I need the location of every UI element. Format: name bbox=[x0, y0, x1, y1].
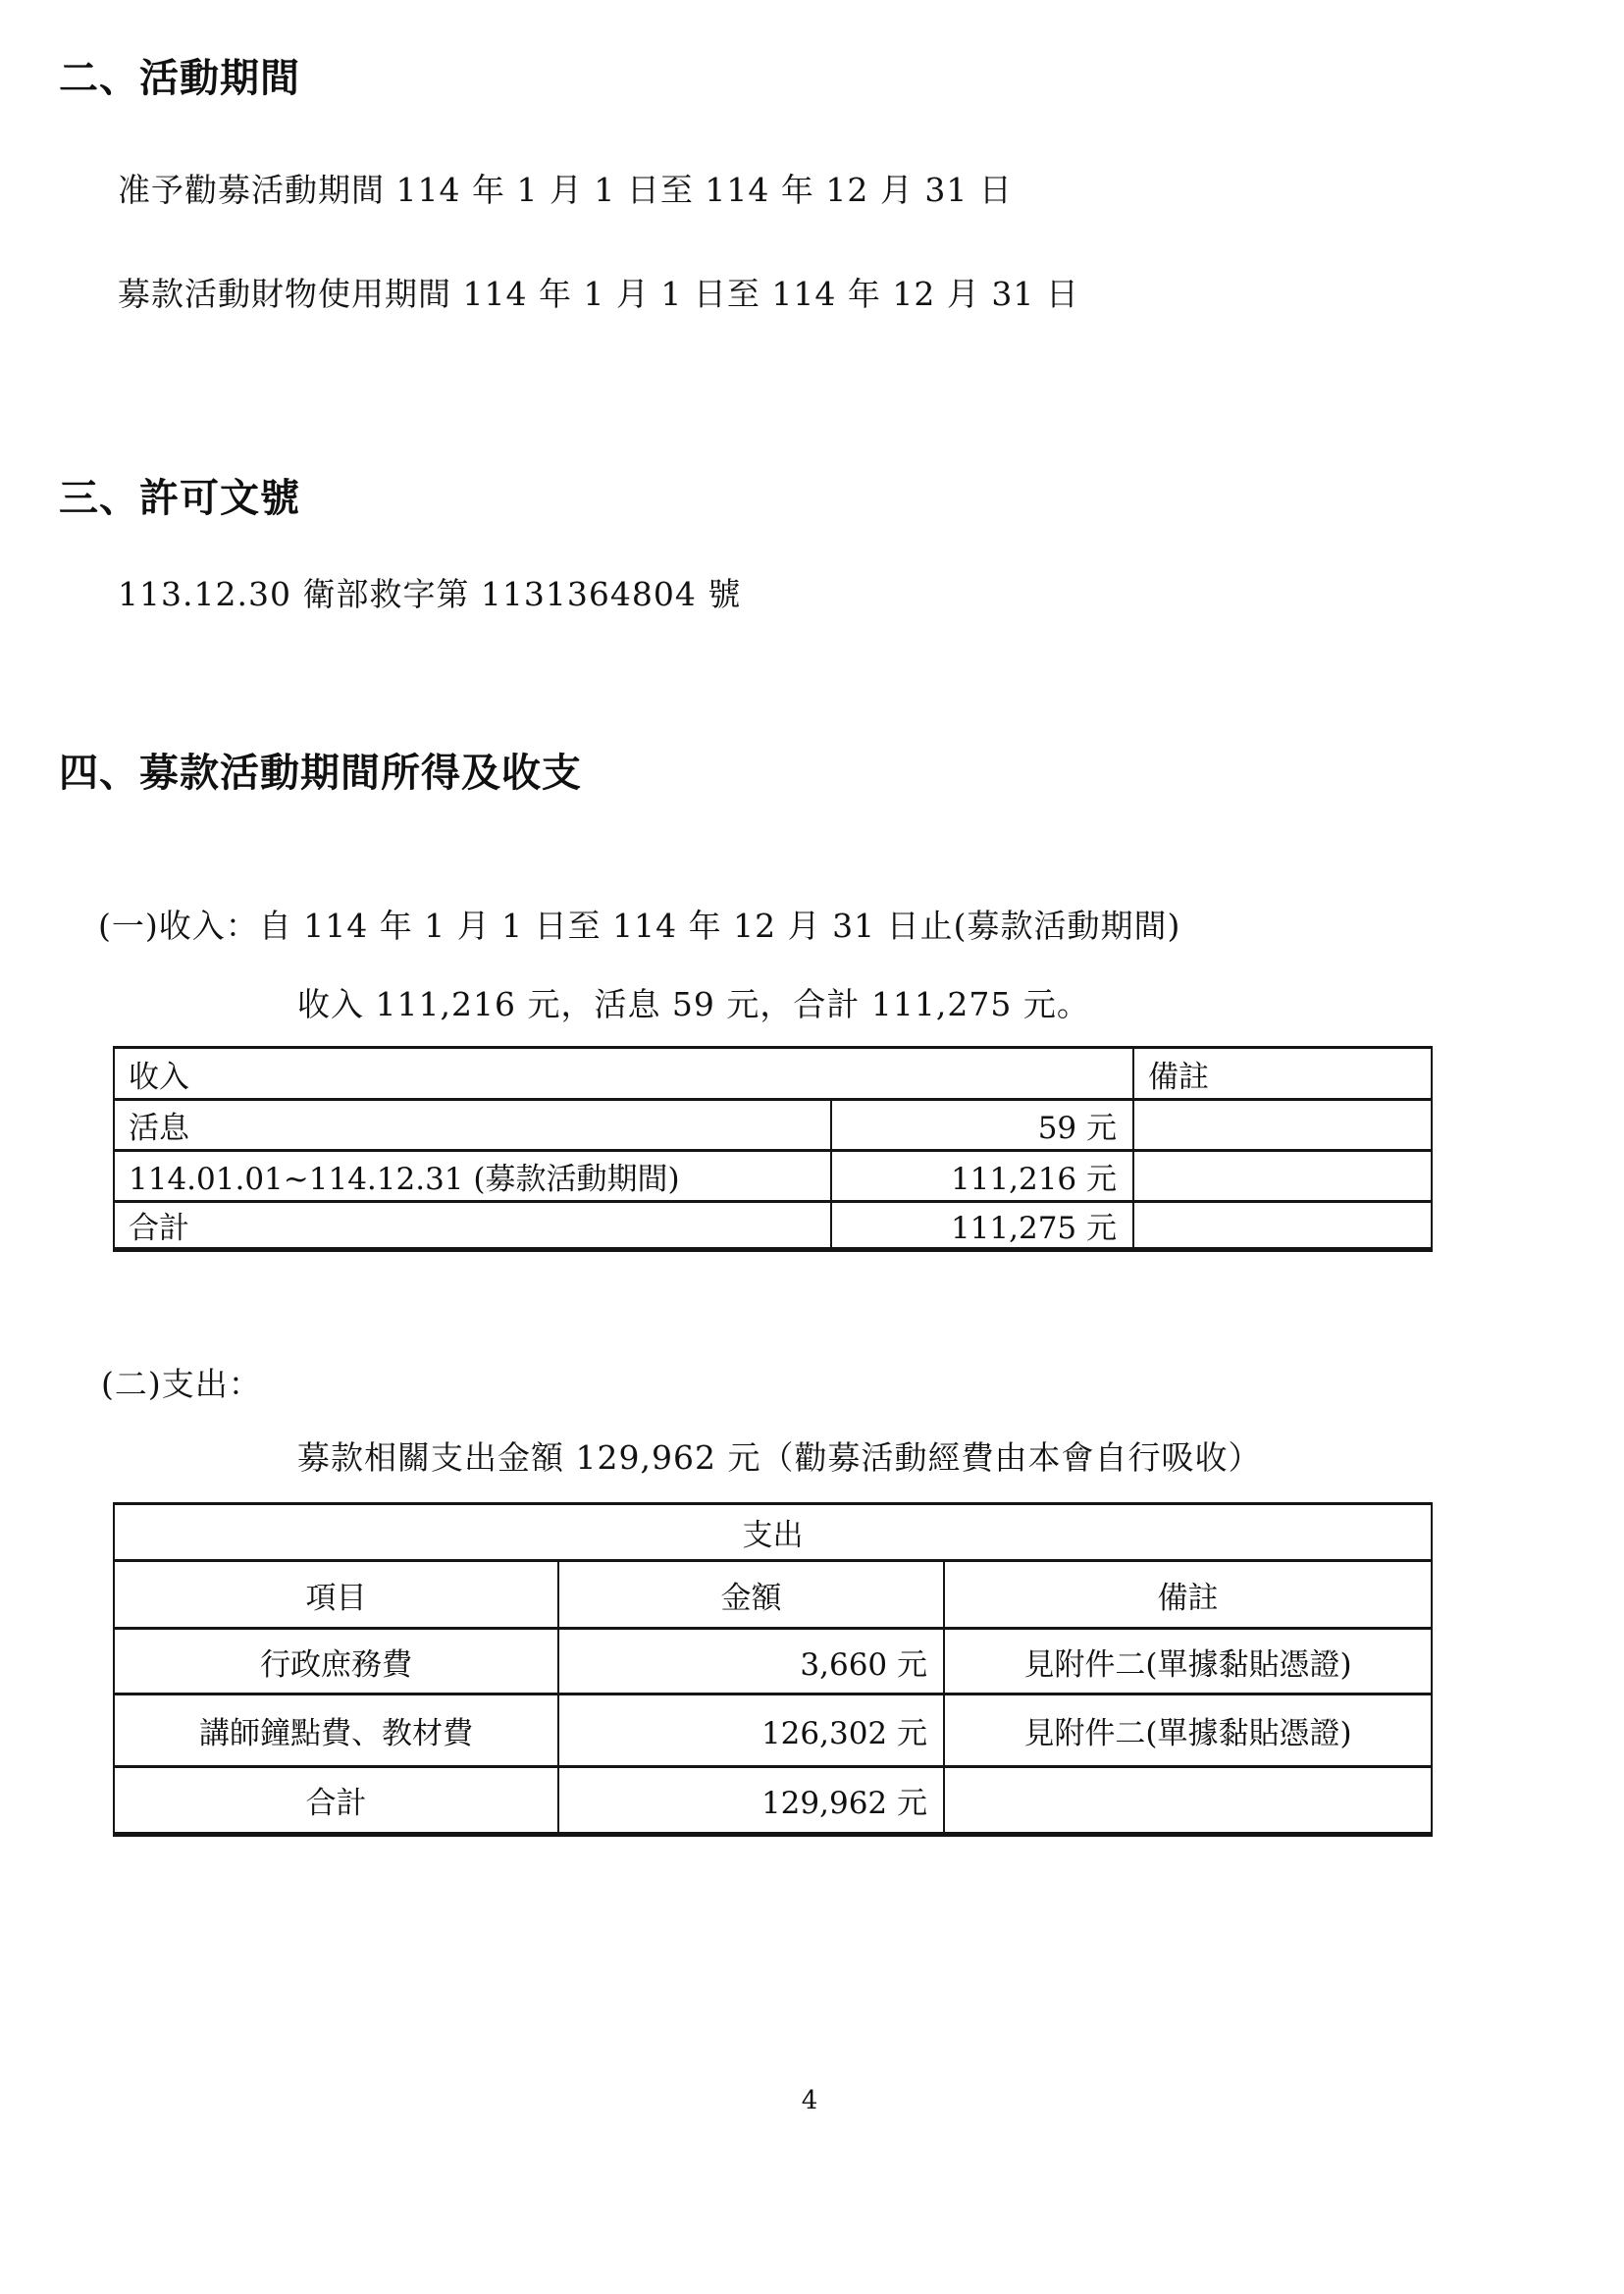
income-row-total-remark bbox=[1133, 1202, 1432, 1250]
table-row: 活息 59 元 bbox=[114, 1100, 1432, 1151]
expense-row-lecturer-amount: 126,302 元 bbox=[558, 1694, 944, 1767]
income-row-period-amount: 111,216 元 bbox=[831, 1151, 1133, 1202]
expense-table: 支出 項目 金額 備註 行政庶務費 3,660 元 見附件二(單據黏貼憑證) 講… bbox=[113, 1502, 1433, 1837]
expense-row-total-remark bbox=[944, 1767, 1432, 1835]
section-2-line-usage-period: 募款活動財物使用期間 114 年 1 月 1 日至 114 年 12 月 31 … bbox=[118, 269, 1079, 315]
income-row-period-remark bbox=[1133, 1151, 1432, 1202]
income-table: 收入 備註 活息 59 元 114.01.01~114.12.31 (募款活動期… bbox=[113, 1046, 1433, 1252]
expense-header-remark: 備註 bbox=[944, 1561, 1432, 1629]
section-3-title: 三、許可文號 bbox=[59, 467, 300, 523]
expense-row-admin-item: 行政庶務費 bbox=[114, 1629, 558, 1694]
expense-detail-line: 募款相關支出金額 129,962 元（勸募活動經費由本會自行吸收） bbox=[297, 1433, 1261, 1479]
document-page: 二、活動期間 准予勸募活動期間 114 年 1 月 1 日至 114 年 12 … bbox=[0, 0, 1624, 2294]
section-2-line-permitted-period: 准予勸募活動期間 114 年 1 月 1 日至 114 年 12 月 31 日 bbox=[118, 165, 1013, 211]
expense-row-lecturer-item: 講師鐘點費、教材費 bbox=[114, 1694, 558, 1767]
section-2-title: 二、活動期間 bbox=[59, 47, 300, 103]
table-row: 合計 129,962 元 bbox=[114, 1767, 1432, 1835]
expense-table-title: 支出 bbox=[114, 1504, 1432, 1561]
expense-table-header-row: 項目 金額 備註 bbox=[114, 1561, 1432, 1629]
income-row-period-label: 114.01.01~114.12.31 (募款活動期間) bbox=[114, 1151, 831, 1202]
expense-header-amount: 金額 bbox=[558, 1561, 944, 1629]
page-number: 4 bbox=[780, 2086, 839, 2115]
expense-row-lecturer-remark: 見附件二(單據黏貼憑證) bbox=[944, 1694, 1432, 1767]
income-row-total-label: 合計 bbox=[114, 1202, 831, 1250]
income-table-header-remark: 備註 bbox=[1133, 1048, 1432, 1100]
expense-row-total-amount: 129,962 元 bbox=[558, 1767, 944, 1835]
income-table-header-label: 收入 bbox=[114, 1048, 1133, 1100]
expense-table-title-row: 支出 bbox=[114, 1504, 1432, 1561]
income-table-header-row: 收入 備註 bbox=[114, 1048, 1432, 1100]
expense-row-total-item: 合計 bbox=[114, 1767, 558, 1835]
expense-row-admin-remark: 見附件二(單據黏貼憑證) bbox=[944, 1629, 1432, 1694]
table-row: 合計 111,275 元 bbox=[114, 1202, 1432, 1250]
income-row-interest-amount: 59 元 bbox=[831, 1100, 1133, 1151]
expense-header-item: 項目 bbox=[114, 1561, 558, 1629]
income-intro-line: (一)收入：自 114 年 1 月 1 日至 114 年 12 月 31 日止(… bbox=[98, 901, 1180, 947]
table-row: 講師鐘點費、教材費 126,302 元 見附件二(單據黏貼憑證) bbox=[114, 1694, 1432, 1767]
section-4-title: 四、募款活動期間所得及收支 bbox=[59, 742, 582, 798]
table-row: 行政庶務費 3,660 元 見附件二(單據黏貼憑證) bbox=[114, 1629, 1432, 1694]
section-3-line-permit-number: 113.12.30 衛部救字第 1131364804 號 bbox=[118, 569, 741, 615]
income-row-interest-label: 活息 bbox=[114, 1100, 831, 1151]
income-row-interest-remark bbox=[1133, 1100, 1432, 1151]
income-row-total-amount: 111,275 元 bbox=[831, 1202, 1133, 1250]
expense-intro-line: (二)支出： bbox=[101, 1359, 262, 1405]
table-row: 114.01.01~114.12.31 (募款活動期間) 111,216 元 bbox=[114, 1151, 1432, 1202]
income-detail-line: 收入 111,216 元，活息 59 元，合計 111,275 元。 bbox=[297, 979, 1090, 1025]
expense-row-admin-amount: 3,660 元 bbox=[558, 1629, 944, 1694]
